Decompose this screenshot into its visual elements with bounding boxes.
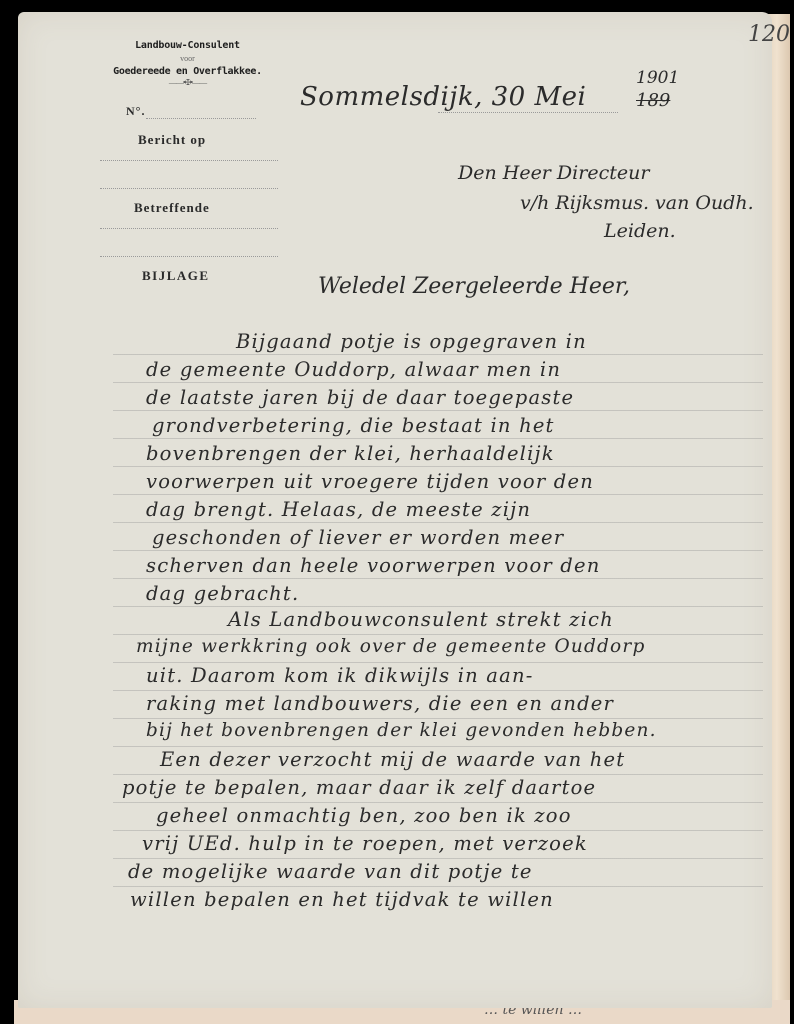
body-line: Als Landbouwconsulent strekt zich [228,608,614,631]
letterhead-voor: voor [100,54,275,63]
salutation: Weledel Zeergeleerde Heer, [318,274,630,299]
body-line: Een dezer verzocht mij de waarde van het [160,748,625,771]
body-line: dag gebracht. [146,582,299,605]
body-line: de mogelijke waarde van dit potje te [128,860,533,883]
ornament-divider-icon: ——•✠•—— [100,78,275,87]
address-line-1: Den Heer Directeur [458,162,649,184]
letterhead: Landbouw-Consulent voor Goedereede en Ov… [100,40,275,87]
address-line-3: Leiden. [604,220,676,242]
body-line: dag brengt. Helaas, de meeste zijn [146,498,531,521]
bericht-op-line-1 [100,160,278,161]
number-field-line [146,118,256,119]
bericht-op-label: Bericht op [138,132,206,148]
body-line: vrij UEd. hulp in te roepen, met verzoek [142,832,588,855]
body-line: mijne werkkring ook over de gemeente Oud… [136,636,645,657]
body-line: geheel onmachtig ben, zoo ben ik zoo [156,804,572,827]
body-line: de gemeente Ouddorp, alwaar men in [146,358,561,381]
bijlage-label: BIJLAGE [142,268,210,284]
letterhead-region: Goedereede en Overflakkee. [100,66,275,77]
address-line-2: v/h Rijksmus. van Oudh. [520,192,754,214]
number-label: N°. [126,104,145,119]
body-line: scherven dan heele voorwerpen voor den [146,554,601,577]
betreffende-line-2 [100,256,278,257]
letter-page: 120 Landbouw-Consulent voor Goedereede e… [18,12,772,1008]
body-line: willen bepalen en het tijdvak te willen [130,888,554,911]
body-line: de laatste jaren bij de daar toegepaste [146,386,574,409]
bericht-op-line-2 [100,188,278,189]
date-line [438,112,618,113]
betreffende-line-1 [100,228,278,229]
body-line: voorwerpen uit vroegere tijden voor den [146,470,594,493]
body-line: uit. Daarom kom ik dikwijls in aan- [146,664,534,687]
year-printed-struck: 189 [636,90,670,111]
letterhead-title: Landbouw-Consulent [100,40,275,51]
body-line: potje te bepalen, maar daar ik zelf daar… [122,776,596,799]
body-line: bovenbrengen der klei, herhaaldelijk [146,442,555,465]
body-line: geschonden of liever er worden meer [152,526,564,549]
place-and-date: Sommelsdijk, 30 Mei [300,82,586,112]
body-line: grondverbetering, die bestaat in het [152,414,555,437]
body-line: raking met landbouwers, die een en ander [146,692,614,715]
page-number: 120 [748,22,790,47]
body-line: Bijgaand potje is opgegraven in [236,330,587,353]
body-line: bij het bovenbrengen der klei gevonden h… [146,720,657,741]
betreffende-label: Betreffende [134,200,210,216]
year-handwritten: 1901 [636,68,679,88]
